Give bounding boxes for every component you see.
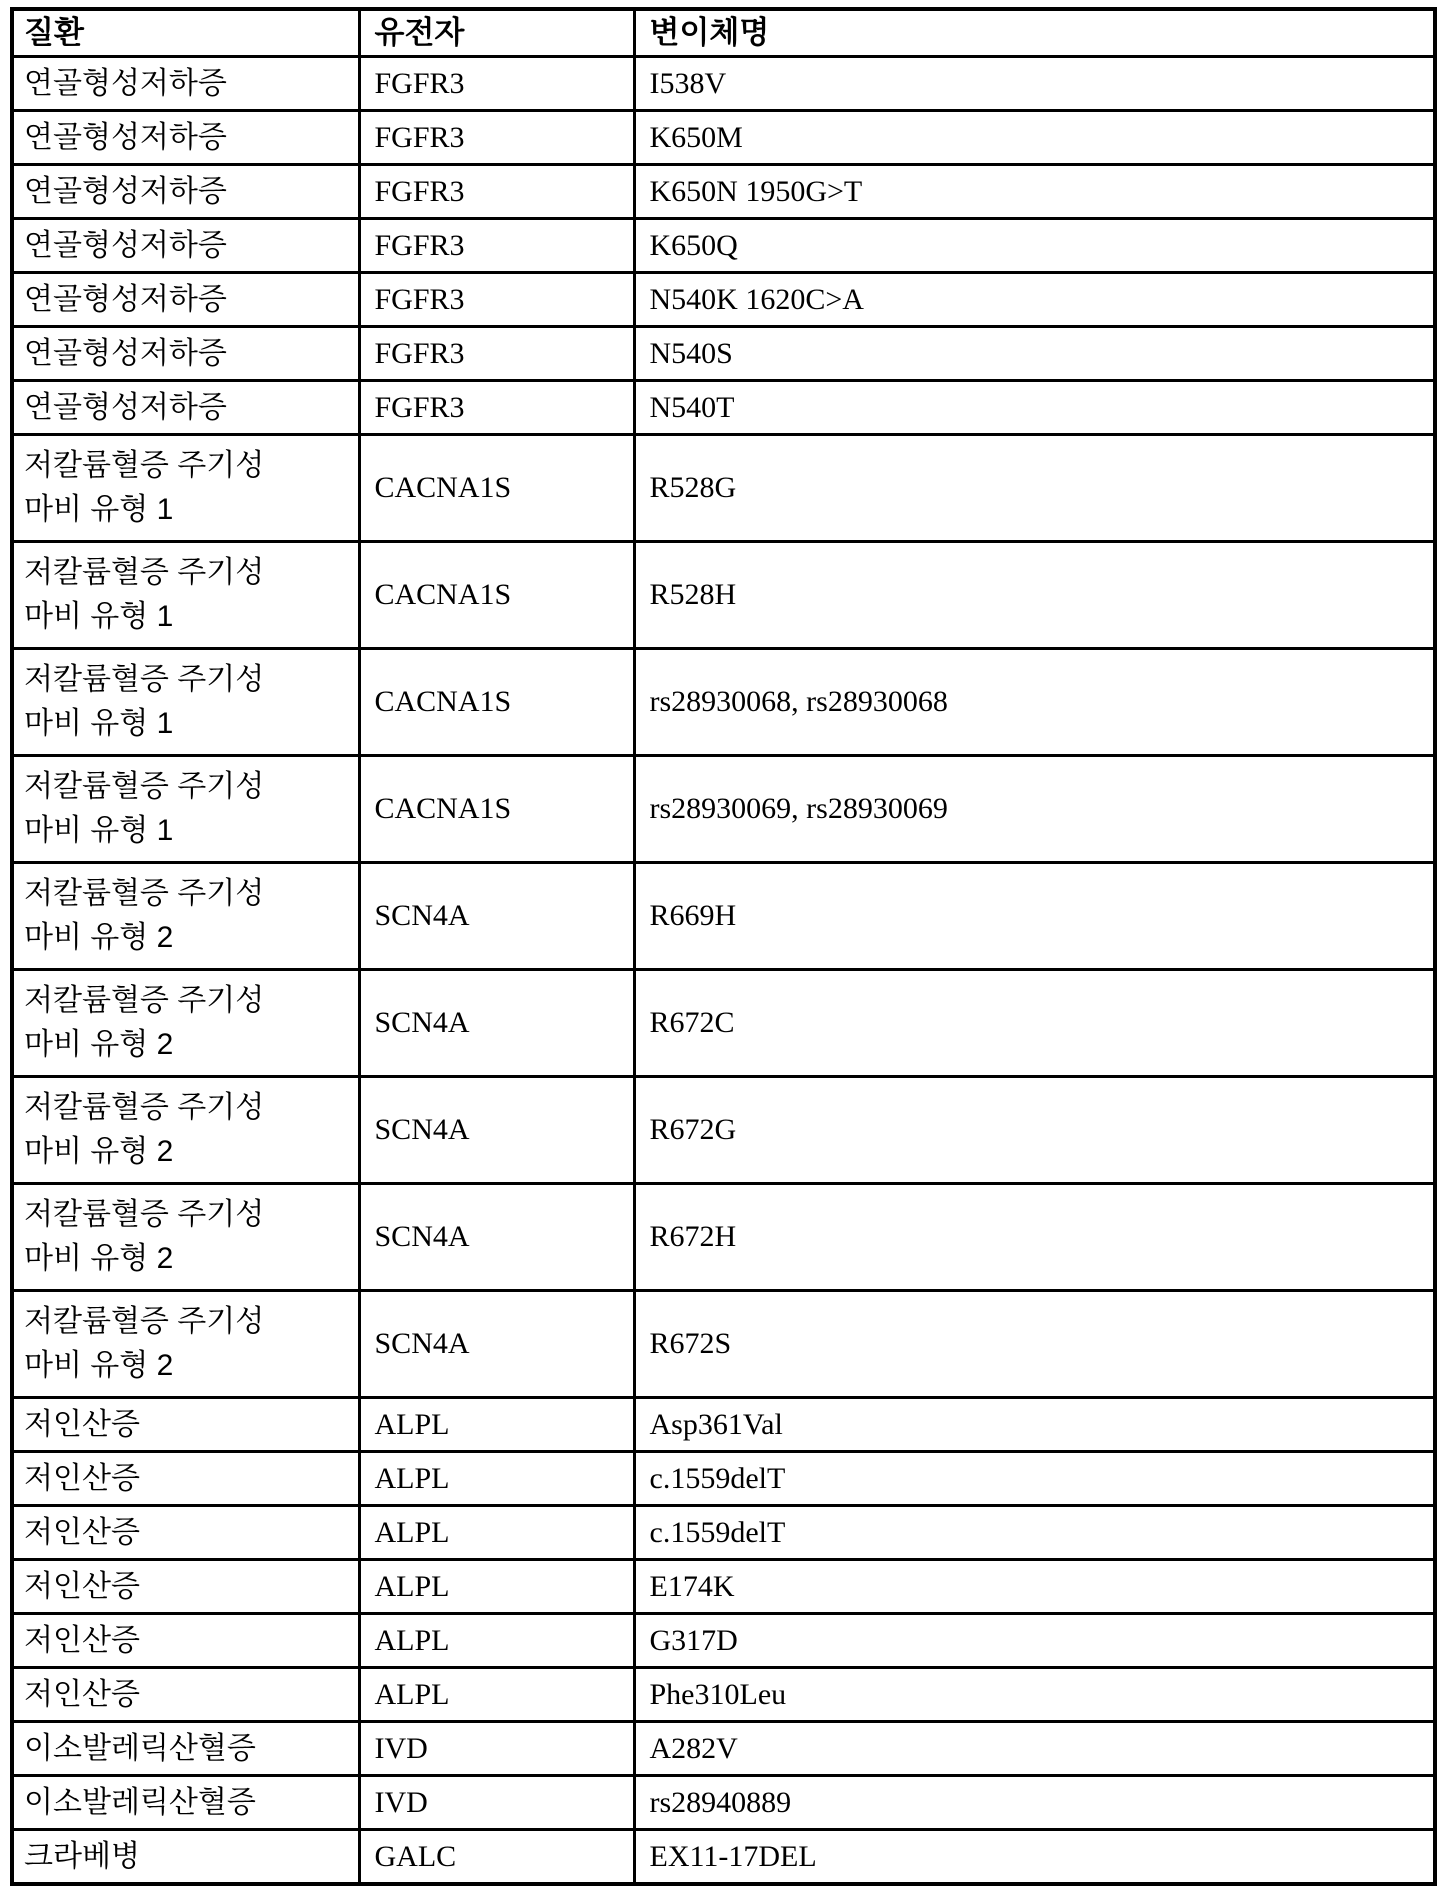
gene-cell: FGFR3 (359, 57, 634, 111)
disease-cell: 연골형성저하증 (12, 219, 359, 273)
table-row: 이소발레릭산혈증 IVD rs28940889 (12, 1776, 1435, 1830)
variant-cell: K650N 1950G>T (634, 165, 1435, 219)
disease-cell: 저칼륨혈증 주기성 마비 유형 2 (12, 970, 359, 1077)
gene-cell: SCN4A (359, 970, 634, 1077)
gene-cell: CACNA1S (359, 542, 634, 649)
gene-cell: ALPL (359, 1398, 634, 1452)
gene-cell: IVD (359, 1722, 634, 1776)
variant-cell: rs28930069, rs28930069 (634, 756, 1435, 863)
table-row: 저칼륨혈증 주기성 마비 유형 1 CACNA1S rs28930069, rs… (12, 756, 1435, 863)
variant-cell: c.1559delT (634, 1506, 1435, 1560)
table-row: 연골형성저하증 FGFR3 N540T (12, 381, 1435, 435)
gene-cell: CACNA1S (359, 756, 634, 863)
disease-cell: 저인산증 (12, 1560, 359, 1614)
table-row: 연골형성저하증 FGFR3 I538V (12, 57, 1435, 111)
variant-cell: Asp361Val (634, 1398, 1435, 1452)
table-row: 저칼륨혈증 주기성 마비 유형 2 SCN4A R672G (12, 1077, 1435, 1184)
column-header-gene: 유전자 (359, 9, 634, 57)
gene-cell: FGFR3 (359, 381, 634, 435)
table-row: 저칼륨혈증 주기성 마비 유형 1 CACNA1S R528H (12, 542, 1435, 649)
table-row: 저인산증 ALPL c.1559delT (12, 1506, 1435, 1560)
gene-cell: CACNA1S (359, 435, 634, 542)
gene-cell: FGFR3 (359, 273, 634, 327)
variant-cell: R669H (634, 863, 1435, 970)
table-row: 저칼륨혈증 주기성 마비 유형 1 CACNA1S R528G (12, 435, 1435, 542)
gene-cell: FGFR3 (359, 111, 634, 165)
table-header-row: 질환 유전자 변이체명 (12, 9, 1435, 57)
disease-cell: 저인산증 (12, 1452, 359, 1506)
disease-cell: 저칼륨혈증 주기성 마비 유형 2 (12, 1077, 359, 1184)
column-header-disease: 질환 (12, 9, 359, 57)
variant-cell: Phe310Leu (634, 1668, 1435, 1722)
gene-cell: ALPL (359, 1668, 634, 1722)
gene-cell: FGFR3 (359, 219, 634, 273)
disease-cell: 저칼륨혈증 주기성 마비 유형 1 (12, 435, 359, 542)
table-row: 저인산증 ALPL Phe310Leu (12, 1668, 1435, 1722)
gene-cell: IVD (359, 1776, 634, 1830)
disease-cell: 저칼륨혈증 주기성 마비 유형 1 (12, 756, 359, 863)
table-row: 저칼륨혈증 주기성 마비 유형 2 SCN4A R672C (12, 970, 1435, 1077)
disease-gene-variant-table: 질환 유전자 변이체명 연골형성저하증 FGFR3 I538V 연골형성저하증 … (10, 7, 1437, 1886)
variant-cell: G317D (634, 1614, 1435, 1668)
variant-cell: R672H (634, 1184, 1435, 1291)
gene-cell: SCN4A (359, 1184, 634, 1291)
table-row: 연골형성저하증 FGFR3 K650M (12, 111, 1435, 165)
table-row: 저인산증 ALPL c.1559delT (12, 1452, 1435, 1506)
disease-cell: 연골형성저하증 (12, 111, 359, 165)
gene-cell: ALPL (359, 1560, 634, 1614)
gene-cell: SCN4A (359, 1077, 634, 1184)
table-row: 저칼륨혈증 주기성 마비 유형 2 SCN4A R672H (12, 1184, 1435, 1291)
variant-cell: R672S (634, 1291, 1435, 1398)
variant-cell: N540K 1620C>A (634, 273, 1435, 327)
table-row: 이소발레릭산혈증 IVD A282V (12, 1722, 1435, 1776)
table-row: 크라베병 GALC EX11-17DEL (12, 1830, 1435, 1885)
variant-cell: N540S (634, 327, 1435, 381)
table-row: 저인산증 ALPL Asp361Val (12, 1398, 1435, 1452)
table-row: 저인산증 ALPL G317D (12, 1614, 1435, 1668)
disease-cell: 저칼륨혈증 주기성 마비 유형 2 (12, 1184, 359, 1291)
variant-cell: A282V (634, 1722, 1435, 1776)
disease-cell: 연골형성저하증 (12, 327, 359, 381)
table-row: 저칼륨혈증 주기성 마비 유형 2 SCN4A R672S (12, 1291, 1435, 1398)
table-row: 저인산증 ALPL E174K (12, 1560, 1435, 1614)
disease-cell: 저인산증 (12, 1668, 359, 1722)
table-row: 연골형성저하증 FGFR3 K650N 1950G>T (12, 165, 1435, 219)
variant-cell: EX11-17DEL (634, 1830, 1435, 1885)
table-row: 연골형성저하증 FGFR3 N540S (12, 327, 1435, 381)
gene-cell: ALPL (359, 1452, 634, 1506)
table-row: 저칼륨혈증 주기성 마비 유형 1 CACNA1S rs28930068, rs… (12, 649, 1435, 756)
disease-cell: 이소발레릭산혈증 (12, 1776, 359, 1830)
disease-cell: 저칼륨혈증 주기성 마비 유형 1 (12, 649, 359, 756)
variant-cell: c.1559delT (634, 1452, 1435, 1506)
table-body: 연골형성저하증 FGFR3 I538V 연골형성저하증 FGFR3 K650M … (12, 57, 1435, 1885)
disease-cell: 연골형성저하증 (12, 273, 359, 327)
variant-cell: rs28930068, rs28930068 (634, 649, 1435, 756)
disease-cell: 연골형성저하증 (12, 165, 359, 219)
variant-cell: I538V (634, 57, 1435, 111)
disease-cell: 크라베병 (12, 1830, 359, 1885)
disease-cell: 저인산증 (12, 1398, 359, 1452)
variant-cell: rs28940889 (634, 1776, 1435, 1830)
gene-cell: SCN4A (359, 863, 634, 970)
variant-cell: R672G (634, 1077, 1435, 1184)
disease-cell: 이소발레릭산혈증 (12, 1722, 359, 1776)
table-row: 연골형성저하증 FGFR3 K650Q (12, 219, 1435, 273)
disease-cell: 저칼륨혈증 주기성 마비 유형 2 (12, 1291, 359, 1398)
gene-cell: FGFR3 (359, 327, 634, 381)
variant-cell: K650Q (634, 219, 1435, 273)
gene-cell: ALPL (359, 1506, 634, 1560)
variant-cell: R528G (634, 435, 1435, 542)
variant-cell: E174K (634, 1560, 1435, 1614)
variant-cell: R672C (634, 970, 1435, 1077)
column-header-variant: 변이체명 (634, 9, 1435, 57)
variant-cell: R528H (634, 542, 1435, 649)
variant-cell: K650M (634, 111, 1435, 165)
disease-cell: 연골형성저하증 (12, 57, 359, 111)
variant-cell: N540T (634, 381, 1435, 435)
gene-cell: GALC (359, 1830, 634, 1885)
gene-cell: CACNA1S (359, 649, 634, 756)
disease-cell: 저칼륨혈증 주기성 마비 유형 2 (12, 863, 359, 970)
disease-cell: 저인산증 (12, 1506, 359, 1560)
disease-cell: 연골형성저하증 (12, 381, 359, 435)
disease-cell: 저칼륨혈증 주기성 마비 유형 1 (12, 542, 359, 649)
table-row: 저칼륨혈증 주기성 마비 유형 2 SCN4A R669H (12, 863, 1435, 970)
gene-cell: ALPL (359, 1614, 634, 1668)
gene-cell: FGFR3 (359, 165, 634, 219)
gene-cell: SCN4A (359, 1291, 634, 1398)
table-row: 연골형성저하증 FGFR3 N540K 1620C>A (12, 273, 1435, 327)
disease-cell: 저인산증 (12, 1614, 359, 1668)
